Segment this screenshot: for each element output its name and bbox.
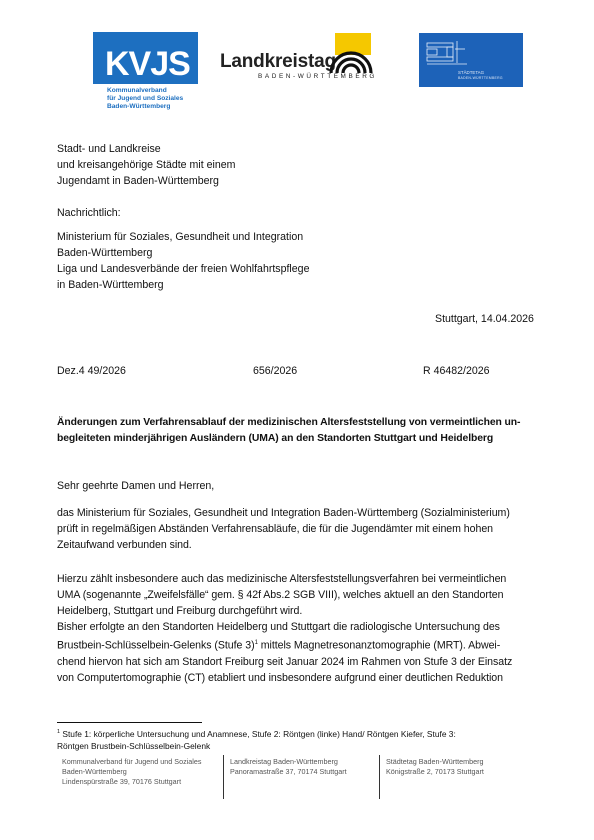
cc-line: in Baden-Württemberg bbox=[57, 277, 309, 293]
cc-recipients: Ministerium für Soziales, Gesundheit und… bbox=[57, 229, 309, 293]
footer-line: Landkreistag Baden-Württemberg bbox=[230, 757, 347, 767]
footer-line: Städtetag Baden-Württemberg bbox=[386, 757, 484, 767]
cc-line: Baden-Württemberg bbox=[57, 245, 309, 261]
staedtetag-logo: STÄDTETAG BADEN-WÜRTTEMBERG bbox=[419, 33, 523, 87]
paragraph-text: mittels Magnetresonanztomographie (MRT).… bbox=[258, 640, 500, 652]
footer-divider bbox=[223, 755, 224, 799]
footer-kvjs: Kommunalverband für Jugend und Soziales … bbox=[62, 757, 201, 787]
kvjs-logo-subtitle: Kommunalverband für Jugend und Soziales … bbox=[107, 87, 183, 112]
recipient-line: Stadt- und Landkreise bbox=[57, 141, 235, 157]
rainbow-arches-icon bbox=[328, 33, 374, 77]
kvjs-logo: KVJS Kommunalverband für Jugend und Sozi… bbox=[93, 32, 204, 107]
paragraph-line: Hierzu zählt insbesondere auch das mediz… bbox=[57, 571, 512, 587]
staedtetag-logo-line1: STÄDTETAG bbox=[458, 70, 484, 75]
footer-line: Panoramastraße 37, 70174 Stuttgart bbox=[230, 767, 347, 777]
paragraph-1: das Ministerium für Soziales, Gesundheit… bbox=[57, 505, 510, 553]
paragraph-line: UMA (sogenannte „Zweifelsfälle“ gem. § 4… bbox=[57, 587, 512, 603]
kvjs-logo-letters: KVJS bbox=[105, 46, 190, 82]
footnote-divider bbox=[57, 722, 202, 723]
footer-line: Kommunalverband für Jugend und Soziales bbox=[62, 757, 201, 767]
recipient-line: und kreisangehörige Städte mit einem bbox=[57, 157, 235, 173]
footer-landkreistag: Landkreistag Baden-Württemberg Panoramas… bbox=[230, 757, 347, 777]
cc-line: Ministerium für Soziales, Gesundheit und… bbox=[57, 229, 309, 245]
paragraph-line: das Ministerium für Soziales, Gesundheit… bbox=[57, 505, 510, 521]
footnote-text: Stufe 1: körperliche Untersuchung und An… bbox=[60, 729, 456, 739]
footer-line: Lindenspürstraße 39, 70176 Stuttgart bbox=[62, 777, 201, 787]
footnote-line: 1 Stufe 1: körperliche Untersuchung und … bbox=[57, 726, 456, 740]
cc-label: Nachrichtlich: bbox=[57, 205, 121, 221]
paragraph-line: Heidelberg, Stuttgart und Freiburg durch… bbox=[57, 603, 512, 619]
footnote: 1 Stufe 1: körperliche Untersuchung und … bbox=[57, 726, 456, 752]
reference-staedtetag: R 46482/2026 bbox=[423, 363, 490, 379]
paragraph-line: von Computertomographie (CT) etabliert u… bbox=[57, 670, 512, 686]
kvjs-subtitle-line: Baden-Württemberg bbox=[107, 103, 183, 111]
kvjs-subtitle-line: Kommunalverband bbox=[107, 87, 183, 95]
paragraph-line: chend hiervon hat sich am Standort Freib… bbox=[57, 654, 512, 670]
paragraph-line: Bisher erfolgte an den Standorten Heidel… bbox=[57, 619, 512, 635]
paragraph-text: Brustbein-Schlüsselbein-Gelenks (Stufe 3… bbox=[57, 640, 255, 652]
footer-line: Baden-Württemberg bbox=[62, 767, 201, 777]
letter-subject: Änderungen zum Verfahrensablauf der medi… bbox=[57, 415, 520, 447]
reference-landkreistag: 656/2026 bbox=[253, 363, 297, 379]
paragraph-line: Zeitaufwand verbunden sind. bbox=[57, 537, 510, 553]
subject-line: begleiteten minderjährigen Ausländern (U… bbox=[57, 431, 520, 447]
paragraph-line: prüft in regelmäßigen Abständen Verfahre… bbox=[57, 521, 510, 537]
landkreistag-logo: Landkreistag BADEN-WÜRTTEMBERG bbox=[220, 33, 375, 83]
footnote-line: Röntgen Brustbein-Schlüsselbein-Gelenk bbox=[57, 740, 456, 752]
paragraph-2: Hierzu zählt insbesondere auch das mediz… bbox=[57, 571, 512, 686]
recipient-line: Jugendamt in Baden-Württemberg bbox=[57, 173, 235, 189]
footer-line: Königstraße 2, 70173 Stuttgart bbox=[386, 767, 484, 777]
reference-kvjs: Dez.4 49/2026 bbox=[57, 363, 126, 379]
staedtetag-logo-line2: BADEN-WÜRTTEMBERG bbox=[458, 76, 503, 80]
place-date: Stuttgart, 14.04.2026 bbox=[435, 311, 534, 327]
landkreistag-logo-name: Landkreistag bbox=[220, 51, 336, 73]
subject-line: Änderungen zum Verfahrensablauf der medi… bbox=[57, 415, 520, 431]
salutation: Sehr geehrte Damen und Herren, bbox=[57, 478, 214, 494]
cc-line: Liga und Landesverbände der freien Wohlf… bbox=[57, 261, 309, 277]
kvjs-subtitle-line: für Jugend und Soziales bbox=[107, 95, 183, 103]
paragraph-line: Brustbein-Schlüsselbein-Gelenks (Stufe 3… bbox=[57, 635, 512, 654]
footer-divider bbox=[379, 755, 380, 799]
recipient-address: Stadt- und Landkreise und kreisangehörig… bbox=[57, 141, 235, 189]
footer-staedtetag: Städtetag Baden-Württemberg Königstraße … bbox=[386, 757, 484, 777]
